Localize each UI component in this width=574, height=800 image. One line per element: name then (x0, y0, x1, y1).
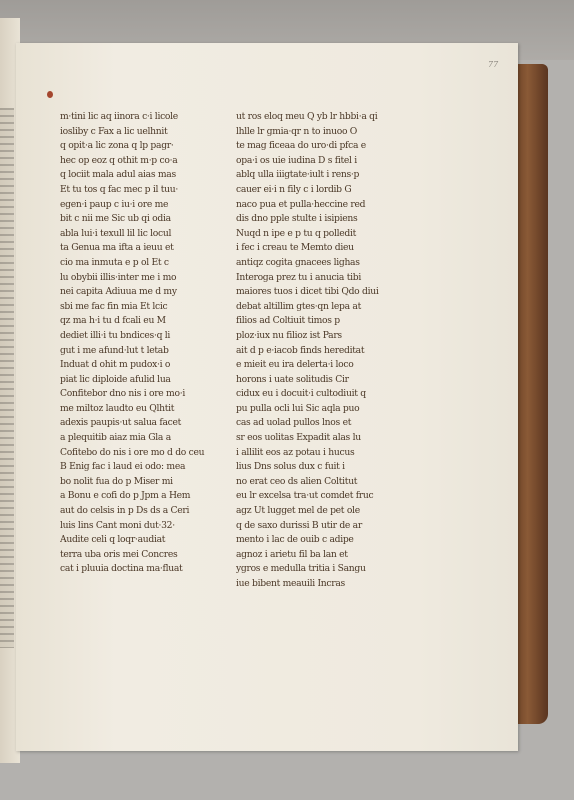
manuscript-line: Nuqd n ipe e p tu q polledit (236, 227, 406, 242)
manuscript-line: bit c nii me Sic ub qi odia (60, 212, 230, 227)
manuscript-line: agnoz i arietu fil ba lan et (236, 548, 406, 563)
manuscript-line: q lociit mala adul aias mas (60, 168, 230, 183)
right-text-column: ut ros eloq meu Q yb lr hbbi·a qilhlle l… (236, 110, 406, 592)
manuscript-line: Cofitebo do nis i ore mo d do ceu (60, 446, 230, 461)
manuscript-line: lius Dns solus dux c fuit i (236, 460, 406, 475)
manuscript-line: Et tu tos q fac mec p il tuu· (60, 183, 230, 198)
manuscript-line: no erat ceo ds alien Coltitut (236, 475, 406, 490)
manuscript-line: ut ros eloq meu Q yb lr hbbi·a qi (236, 110, 406, 125)
manuscript-line: bo nolit fua do p Miser mi (60, 475, 230, 490)
manuscript-line: a plequitib aiaz mia Gla a (60, 431, 230, 446)
manuscript-line: Interoga prez tu i anucia tibi (236, 271, 406, 286)
manuscript-line: pu pulla ocli lui Sic aqla puo (236, 402, 406, 417)
manuscript-line: aut do celsis in p Ds ds a Ceri (60, 504, 230, 519)
manuscript-line: B Enig fac i laud ei odo: mea (60, 460, 230, 475)
manuscript-line: m·tini lic aq iinora c·i licole (60, 110, 230, 125)
manuscript-line: dis dno pple stulte i isipiens (236, 212, 406, 227)
manuscript-line: qz ma h·i tu d fcali eu M (60, 314, 230, 329)
manuscript-line: maiores tuos i dicet tibi Qdo diui (236, 285, 406, 300)
manuscript-line: nei capita Adiuua me d my (60, 285, 230, 300)
manuscript-line: q de saxo durissi B utir de ar (236, 519, 406, 534)
manuscript-line: antiqz cogita gnacees lighas (236, 256, 406, 271)
manuscript-line: te mag ficeaa do uro·di pfca e (236, 139, 406, 154)
manuscript-line: eu lr excelsa tra·ut comdet fruc (236, 489, 406, 504)
manuscript-line: Confitebor dno nis i ore mo·i (60, 387, 230, 402)
manuscript-line: Audite celi q loqr·audiat (60, 533, 230, 548)
manuscript-line: cauer ei·i n fily c i lordib G (236, 183, 406, 198)
manuscript-line: cio ma inmuta e p ol Et c (60, 256, 230, 271)
manuscript-line: ablq ulla iiigtate·iult i rens·p (236, 168, 406, 183)
manuscript-line: debat altillim gtes·qn lepa at (236, 300, 406, 315)
manuscript-line: lhlle lr gmia·qr n to inuoo O (236, 125, 406, 140)
manuscript-line: naco pua et pulla·heccine red (236, 198, 406, 213)
manuscript-line: mento i lac de ouib c adipe (236, 533, 406, 548)
manuscript-line: iosliby c Fax a lic uelhnit (60, 125, 230, 140)
manuscript-line: ploz·iux nu filioz ist Pars (236, 329, 406, 344)
manuscript-line: hec op eoz q othit m·p co·a (60, 154, 230, 169)
manuscript-line: iue bibent meauili Incras (236, 577, 406, 592)
manuscript-line: Induat d ohit m pudox·i o (60, 358, 230, 373)
manuscript-line: e mieit eu ira delerta·i loco (236, 358, 406, 373)
manuscript-line: cat i pluuia doctina ma·fluat (60, 562, 230, 577)
page-number: 77 (488, 60, 498, 69)
manuscript-line: cidux eu i docuit·i cultodiuit q (236, 387, 406, 402)
manuscript-line: lu obybii illis·inter me i mo (60, 271, 230, 286)
manuscript-line: cas ad uolad pullos lnos et (236, 416, 406, 431)
manuscript-line: opa·i os uie iudina D s fitel i (236, 154, 406, 169)
manuscript-line: agz Ut lugget mel de pet ole (236, 504, 406, 519)
manuscript-line: terra uba oris mei Concres (60, 548, 230, 563)
manuscript-line: sbi me fac fin mia Et lcic (60, 300, 230, 315)
left-text-column: m·tini lic aq iinora c·i licoleiosliby c… (60, 110, 230, 577)
manuscript-line: adexis paupis·ut salua facet (60, 416, 230, 431)
manuscript-line: i fec i creau te Memto dieu (236, 241, 406, 256)
manuscript-line: a Bonu e cofi do p Jpm a Hem (60, 489, 230, 504)
left-page-text (0, 108, 14, 648)
manuscript-line: dediet illi·i tu bndices·q li (60, 329, 230, 344)
manuscript-line: abla lui·i texull lil lic locul (60, 227, 230, 242)
red-mark (47, 91, 53, 98)
manuscript-line: filios ad Coltiuit timos p (236, 314, 406, 329)
manuscript-line: me miltoz laudto eu Qlhtit (60, 402, 230, 417)
leather-binding (514, 64, 548, 724)
manuscript-line: horons i uate solitudis Cir (236, 373, 406, 388)
manuscript-line: ta Genua ma ifta a ieuu et (60, 241, 230, 256)
manuscript-line: q opit·a lic zona q lp pagr· (60, 139, 230, 154)
manuscript-line: luis lins Cant moni dut·32· (60, 519, 230, 534)
manuscript-line: ygros e medulla tritia i Sangu (236, 562, 406, 577)
manuscript-line: ait d p e·iacob finds hereditat (236, 344, 406, 359)
manuscript-line: sr eos uolitas Expadit alas lu (236, 431, 406, 446)
manuscript-line: i allilit eos az potau i hucus (236, 446, 406, 461)
manuscript-line: gut i me afund·lut t letab (60, 344, 230, 359)
manuscript-line: egen·i paup c iu·i ore me (60, 198, 230, 213)
manuscript-line: piat lic diploide afulid lua (60, 373, 230, 388)
